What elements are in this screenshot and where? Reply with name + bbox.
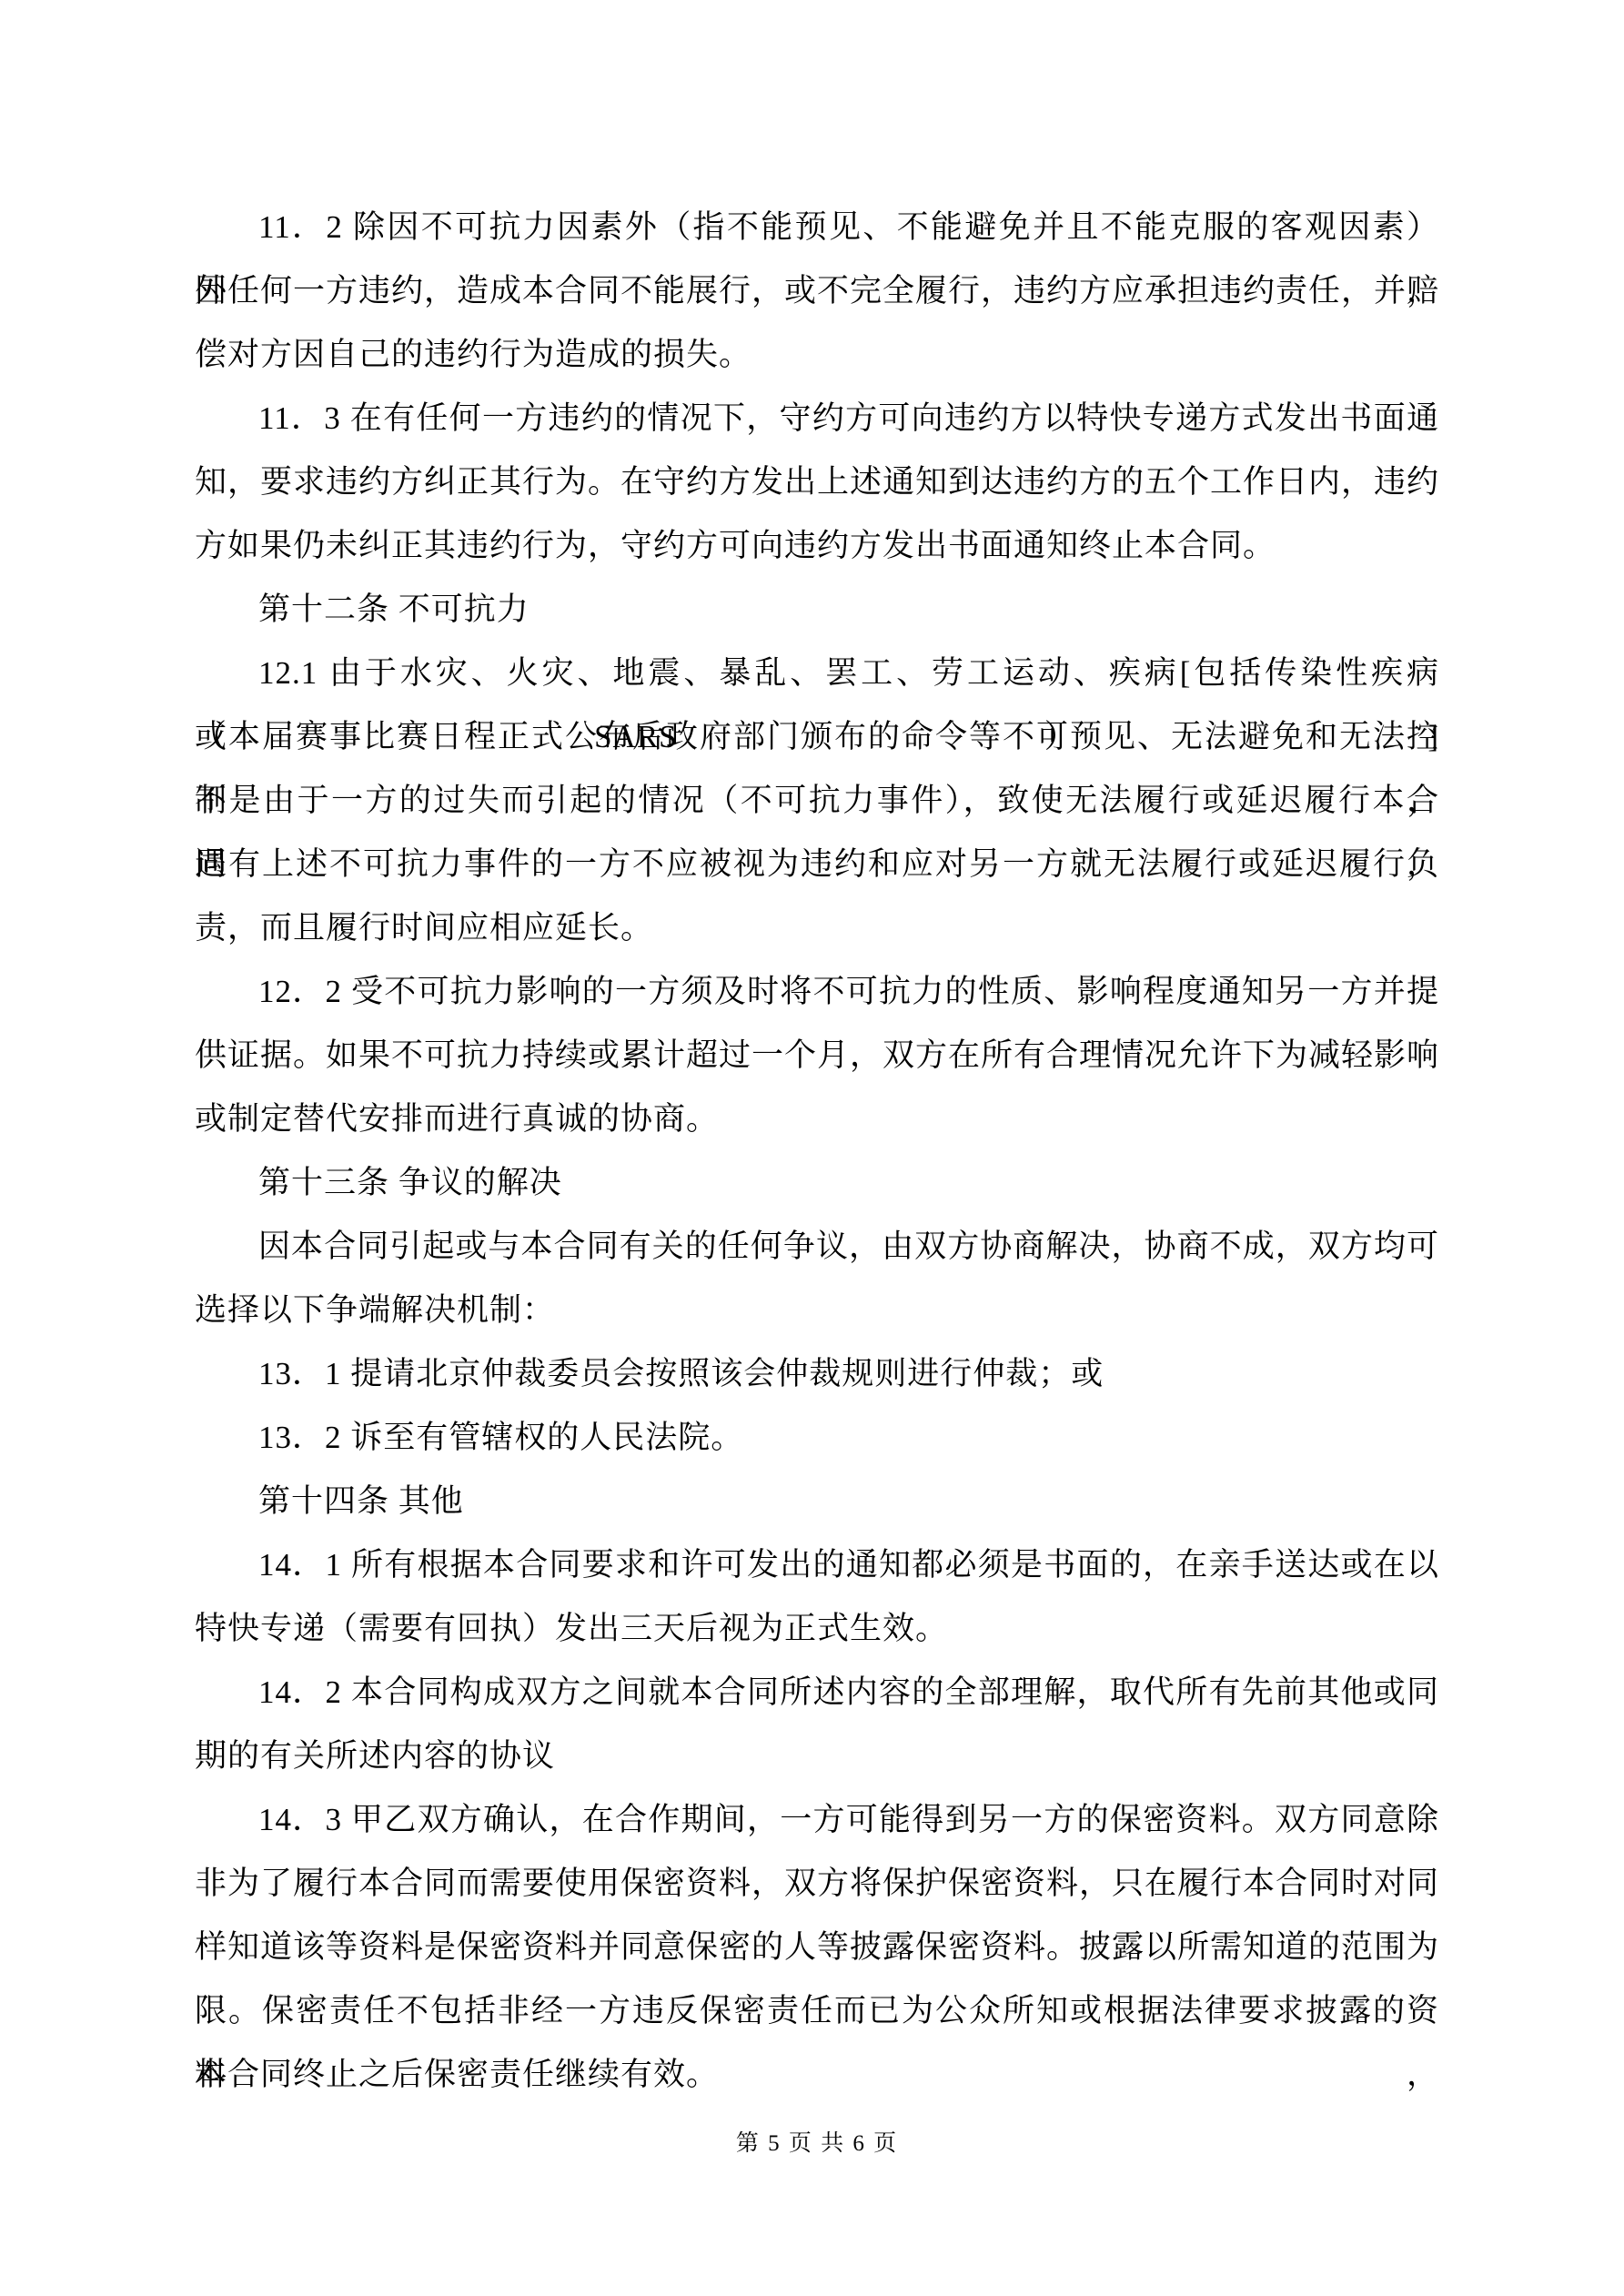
text-line: 特快专递（需要有回执）发出三天后视为正式生效。 xyxy=(195,1597,1439,1661)
text-line: 不是由于一方的过失而引起的情况（不可抗力事件），致使无法履行或延迟履行本合同， xyxy=(195,769,1439,833)
text-line: 知，要求违约方纠正其行为。在守约方发出上述通知到达违约方的五个工作日内，违约 xyxy=(195,450,1439,514)
text-line: 12．2 受不可抗力影响的一方须及时将不可抗力的性质、影响程度通知另一方并提 xyxy=(195,960,1439,1024)
contract-page: 11．2 除因不可抗力因素外（指不能预见、不能避免并且不能克服的客观因素）外， … xyxy=(0,0,1624,2296)
text-line: 因任何一方违约，造成本合同不能展行，或不完全履行，违约方应承担违约责任，并赔 xyxy=(195,259,1439,323)
section-heading: 第十二条 不可抗力 xyxy=(195,578,1439,642)
text-line: 或本届赛事比赛日程正式公布后政府部门颁布的命令等不可预见、无法避免和无法控制， xyxy=(195,705,1439,769)
text-line: 13．2 诉至有管辖权的人民法院。 xyxy=(195,1406,1439,1470)
text-line: 11．3 在有任何一方违约的情况下，守约方可向违约方以特快专递方式发出书面通 xyxy=(195,387,1439,450)
section-heading: 第十三条 争议的解决 xyxy=(195,1151,1439,1215)
text-line: 供证据。如果不可抗力持续或累计超过一个月，双方在所有合理情况允许下为减轻影响 xyxy=(195,1024,1439,1087)
text-line: 14．2 本合同构成双方之间就本合同所述内容的全部理解，取代所有先前其他或同 xyxy=(195,1661,1439,1725)
text-line: 选择以下争端解决机制： xyxy=(195,1279,1439,1342)
text-line: 或制定替代安排而进行真诚的协商。 xyxy=(195,1087,1439,1151)
text-line: 限。保密责任不包括非经一方违反保密责任而已为公众所知或根据法律要求披露的资料， xyxy=(195,1979,1439,2043)
text-line: 期的有关所述内容的协议 xyxy=(195,1725,1439,1788)
text-line: 14．1 所有根据本合同要求和许可发出的通知都必须是书面的，在亲手送达或在以 xyxy=(195,1533,1439,1597)
section-heading: 第十四条 其他 xyxy=(195,1470,1439,1533)
text-line: 11．2 除因不可抗力因素外（指不能预见、不能避免并且不能克服的客观因素）外， xyxy=(195,196,1439,259)
text-line: 非为了履行本合同而需要使用保密资料，双方将保护保密资料，只在履行本合同时对同 xyxy=(195,1852,1439,1916)
text-line: 偿对方因自己的违约行为造成的损失。 xyxy=(195,323,1439,387)
text-line: 责，而且履行时间应相应延长。 xyxy=(195,896,1439,960)
text-line: 12.1 由于水灾、火灾、地震、暴乱、罢工、劳工运动、疾病[包括传染性疾病（SA… xyxy=(195,642,1439,705)
text-line: 14．3 甲乙双方确认，在合作期间，一方可能得到另一方的保密资料。双方同意除 xyxy=(195,1788,1439,1852)
text-line: 13．1 提请北京仲裁委员会按照该会仲裁规则进行仲裁；或 xyxy=(195,1342,1439,1406)
text-line: 因本合同引起或与本合同有关的任何争议，由双方协商解决，协商不成，双方均可 xyxy=(195,1215,1439,1279)
page-number: 第 5 页 共 6 页 xyxy=(195,2132,1439,2156)
text-line: 样知道该等资料是保密资料并同意保密的人等披露保密资料。披露以所需知道的范围为 xyxy=(195,1916,1439,1979)
text-line: 方如果仍未纠正其违约行为，守约方可向违约方发出书面通知终止本合同。 xyxy=(195,514,1439,578)
text-line: 遇有上述不可抗力事件的一方不应被视为违约和应对另一方就无法履行或延迟履行负 xyxy=(195,833,1439,896)
